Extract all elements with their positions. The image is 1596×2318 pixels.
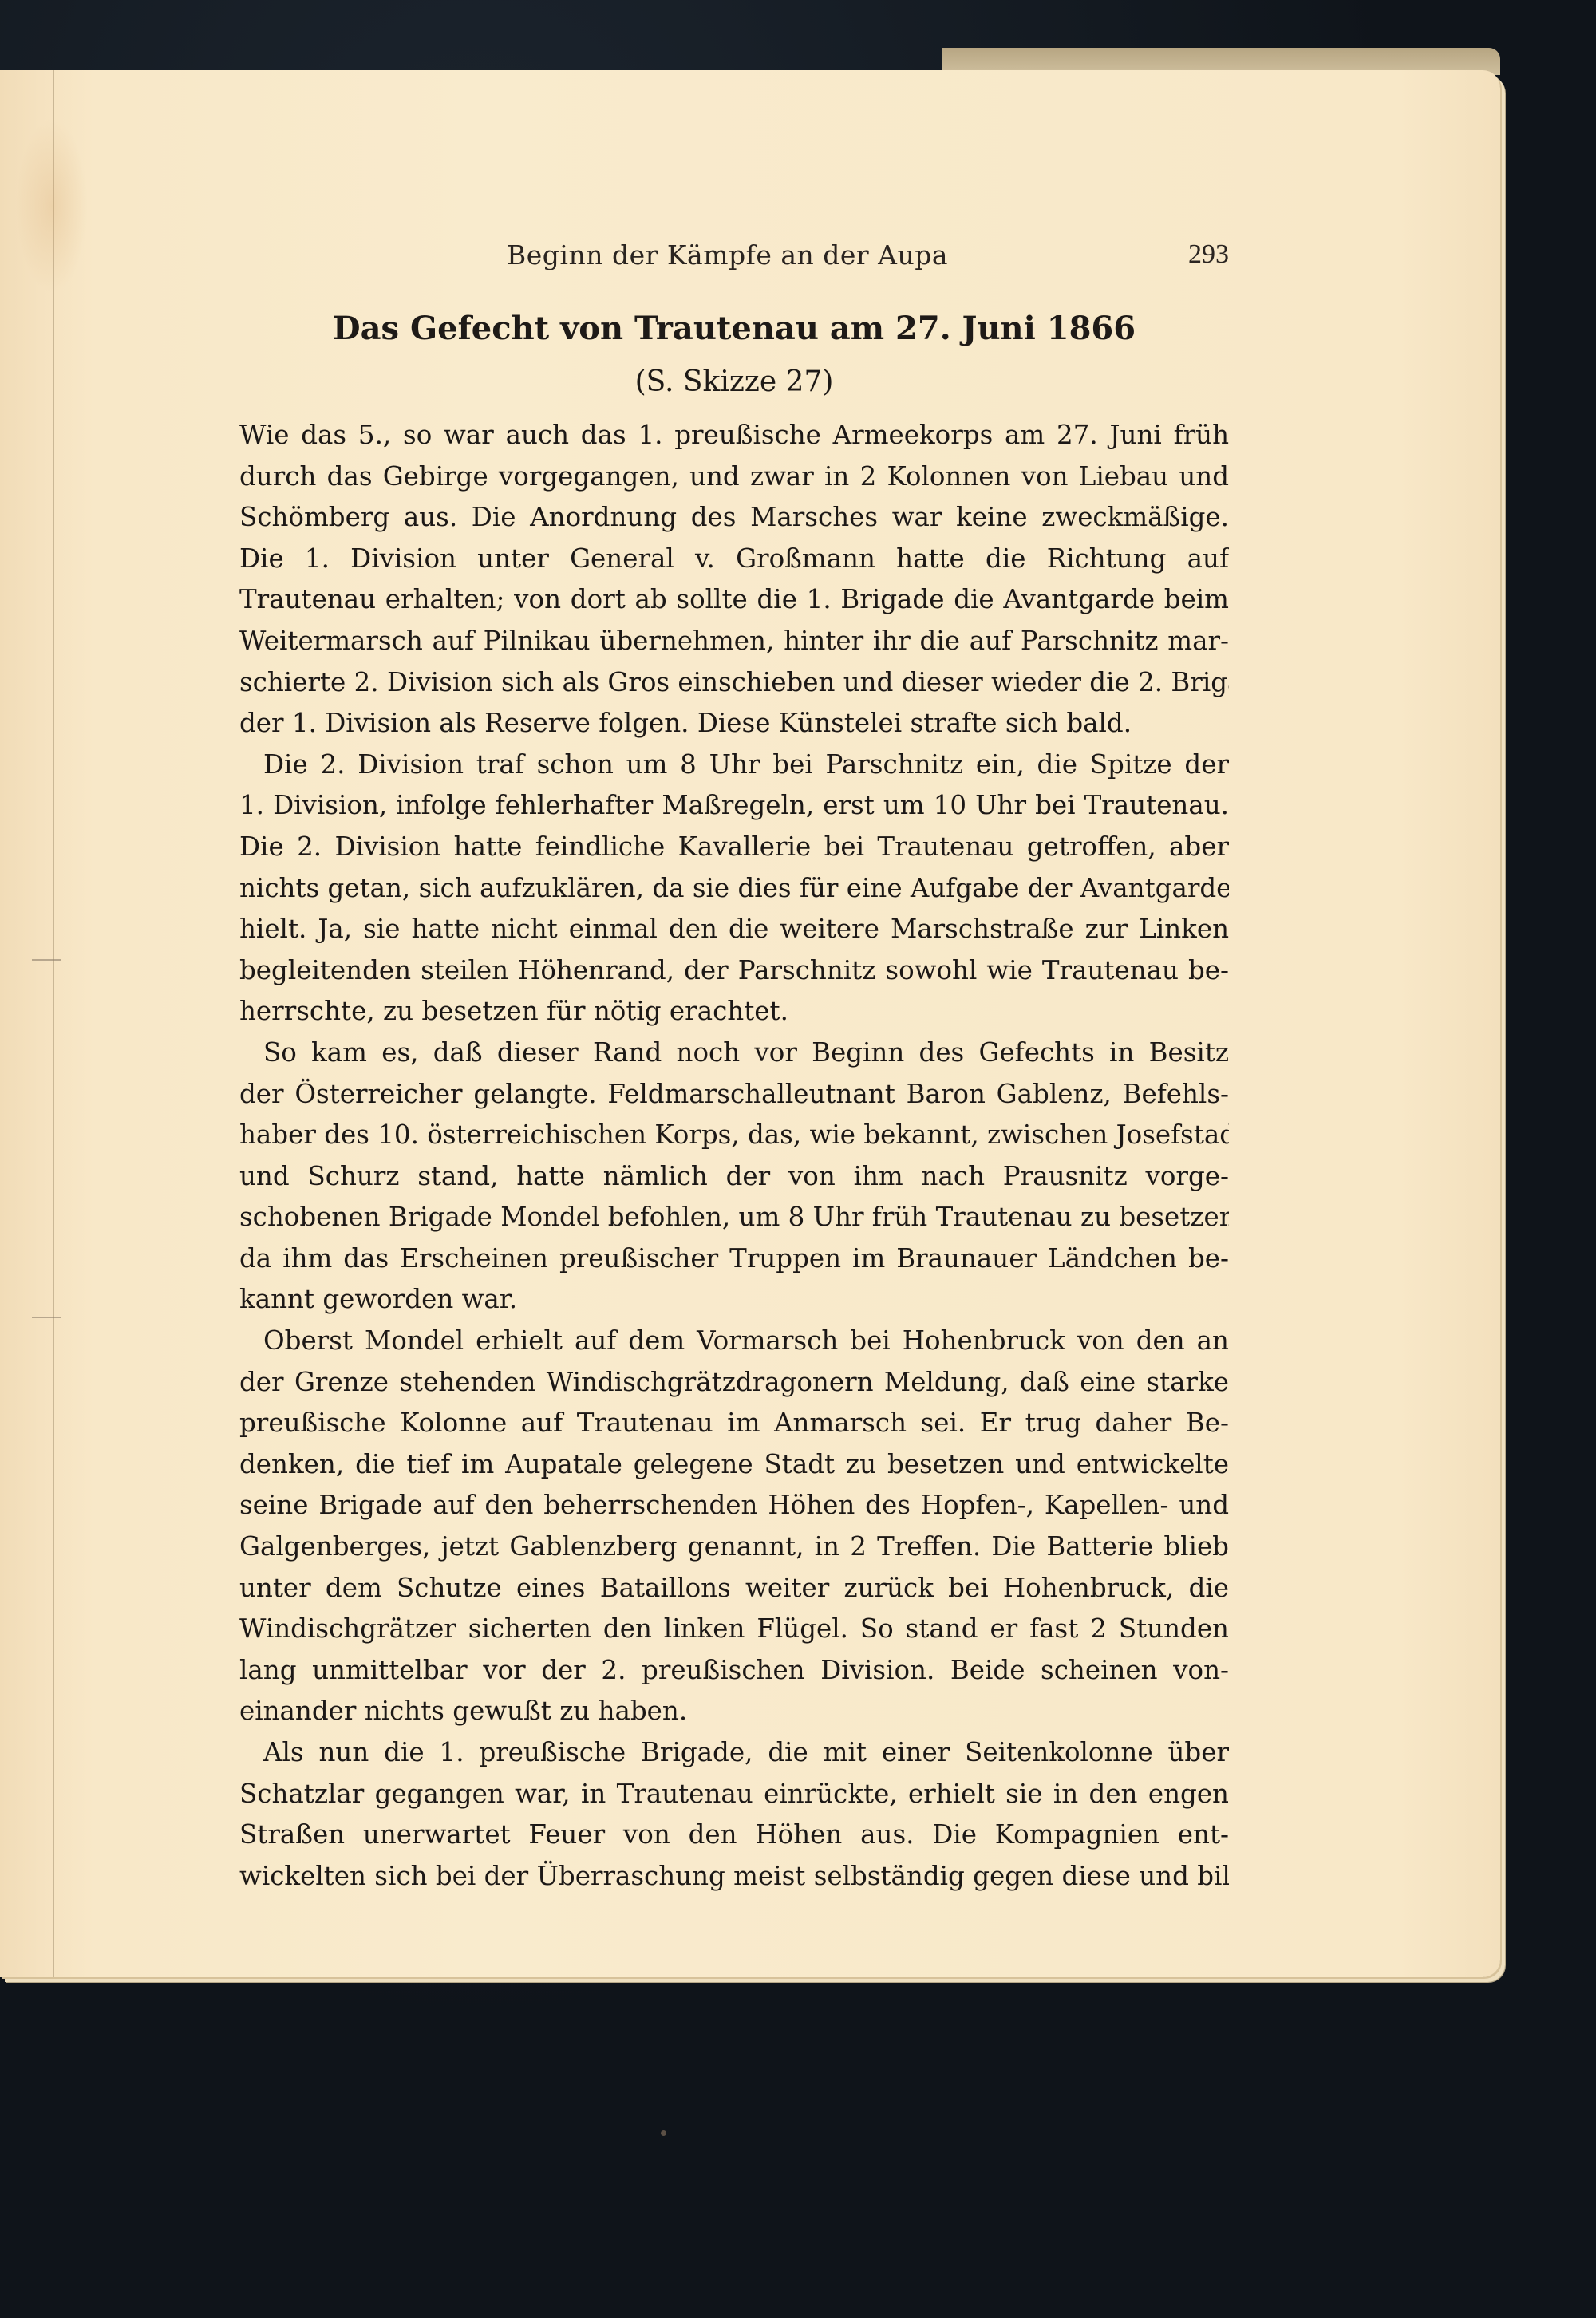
text-line: lang unmittelbar vor der 2. preußischen … [239,1650,1229,1692]
text-line: herrschte, zu besetzen für nötig erachte… [239,991,1229,1033]
text-line: Galgenberges, jetzt Gablenzberg genannt,… [239,1526,1229,1568]
text-line: Straßen unerwartet Feuer von den Höhen a… [239,1815,1229,1856]
text-line: schobenen Brigade Mondel befohlen, um 8 … [239,1197,1229,1238]
running-head: Beginn der Kämpfe an der Aupa 293 [239,239,1229,279]
text-line: da ihm das Erscheinen preußischer Truppe… [239,1238,1229,1280]
text-line: schierte 2. Division sich als Gros einsc… [239,662,1229,704]
margin-mark [32,959,61,961]
text-line: der Österreicher gelangte. Feldmarschall… [239,1074,1229,1116]
text-line: nichts getan, sich aufzuklären, da sie d… [239,868,1229,910]
page-number: 293 [1188,239,1229,270]
text-line: So kam es, daß dieser Rand noch vor Begi… [239,1033,1229,1074]
running-head-title: Beginn der Kämpfe an der Aupa [507,239,948,270]
section-subtitle: (S. Skizze 27) [239,365,1229,398]
text-line: und Schurz stand, hatte nämlich der von … [239,1156,1229,1198]
text-line: Die 1. Division unter General v. Großman… [239,539,1229,580]
text-line: 1. Division, infolge fehlerhafter Maßreg… [239,785,1229,827]
body-text: Wie das 5., so war auch das 1. preußisch… [239,415,1229,1897]
paragraph: Die 2. Division traf schon um 8 Uhr bei … [239,744,1229,1033]
text-line: begleitenden steilen Höhenrand, der Pars… [239,950,1229,992]
text-line: Die 2. Division hatte feindliche Kavalle… [239,827,1229,868]
text-line: denken, die tief im Aupatale gelegene St… [239,1444,1229,1486]
text-line: der Grenze stehenden Windischgrätzdragon… [239,1362,1229,1404]
text-line: wickelten sich bei der Überraschung meis… [239,1856,1229,1897]
text-line: Oberst Mondel erhielt auf dem Vormarsch … [239,1321,1229,1362]
text-line: seine Brigade auf den beherrschenden Höh… [239,1485,1229,1526]
text-line: Die 2. Division traf schon um 8 Uhr bei … [239,744,1229,786]
text-line: Als nun die 1. preußische Brigade, die m… [239,1732,1229,1774]
text-line: Trautenau erhalten; von dort ab sollte d… [239,579,1229,621]
paragraph: Wie das 5., so war auch das 1. preußisch… [239,415,1229,744]
text-line: Windischgrätzer sicherten den linken Flü… [239,1609,1229,1650]
text-line: haber des 10. österreichischen Korps, da… [239,1115,1229,1156]
text-line: hielt. Ja, sie hatte nicht einmal den di… [239,909,1229,950]
section-title: Das Gefecht von Trautenau am 27. Juni 18… [239,310,1229,347]
margin-mark [32,1317,61,1318]
text-line: unter dem Schutze eines Bataillons weite… [239,1568,1229,1609]
paper-speck [661,2130,666,2136]
text-line: preußische Kolonne auf Trautenau im Anma… [239,1403,1229,1444]
text-line: der 1. Division als Reserve folgen. Dies… [239,703,1229,744]
text-line: Wie das 5., so war auch das 1. preußisch… [239,415,1229,456]
text-line: kannt geworden war. [239,1279,1229,1321]
paragraph: So kam es, daß dieser Rand noch vor Begi… [239,1033,1229,1321]
text-line: Schatzlar gegangen war, in Trautenau ein… [239,1774,1229,1815]
paragraph: Oberst Mondel erhielt auf dem Vormarsch … [239,1321,1229,1732]
text-line: einander nichts gewußt zu haben. [239,1691,1229,1732]
text-line: Schömberg aus. Die Anordnung des Marsche… [239,497,1229,539]
text-line: Weitermarsch auf Pilnikau übernehmen, hi… [239,621,1229,662]
text-line: durch das Gebirge vorgegangen, und zwar … [239,456,1229,498]
paragraph: Als nun die 1. preußische Brigade, die m… [239,1732,1229,1897]
